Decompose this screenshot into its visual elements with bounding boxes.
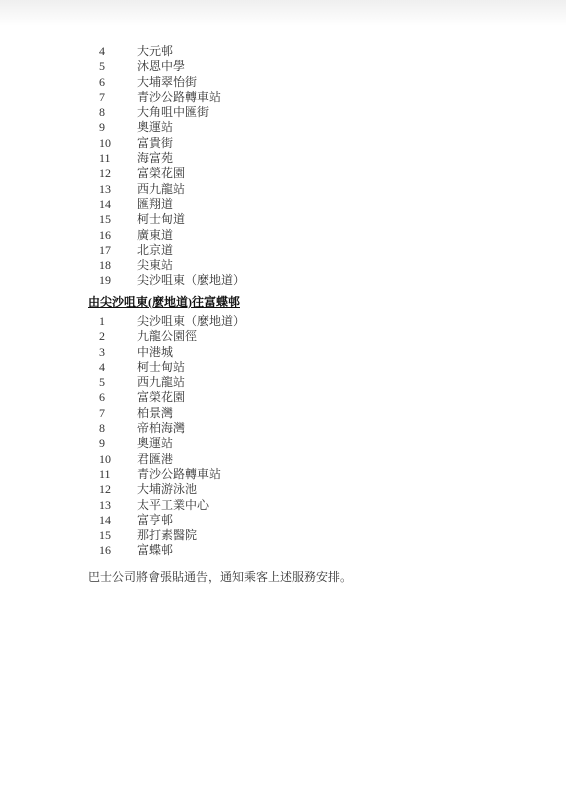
stop-number: 7 xyxy=(99,406,137,421)
stop-list-item: 16廣東道 xyxy=(0,228,566,243)
stop-number: 14 xyxy=(99,197,137,212)
stop-number: 8 xyxy=(99,421,137,436)
stop-name: 廣東道 xyxy=(137,228,173,242)
stop-name: 青沙公路轉車站 xyxy=(137,467,221,481)
stop-name: 那打素醫院 xyxy=(137,528,197,542)
stop-number: 3 xyxy=(99,345,137,360)
stop-number: 6 xyxy=(99,390,137,405)
stop-list-item: 17北京道 xyxy=(0,243,566,258)
stop-list-item: 4大元邨 xyxy=(0,44,566,59)
stop-list-item: 8帝柏海灣 xyxy=(0,421,566,436)
stop-list-item: 5沐恩中學 xyxy=(0,59,566,74)
stop-list-item: 14富亨邨 xyxy=(0,513,566,528)
stop-number: 13 xyxy=(99,498,137,513)
stop-list-item: 7柏景灣 xyxy=(0,406,566,421)
stop-number: 16 xyxy=(99,543,137,558)
stop-name: 九龍公園徑 xyxy=(137,329,197,343)
stop-number: 4 xyxy=(99,360,137,375)
document-page: 4大元邨5沐恩中學6大埔翠怡街7青沙公路轉車站8大角咀中匯街9奧運站10富貴街1… xyxy=(0,0,566,800)
stop-number: 11 xyxy=(99,467,137,482)
stop-list-item: 11青沙公路轉車站 xyxy=(0,467,566,482)
stop-number: 13 xyxy=(99,182,137,197)
stop-list-item: 5西九龍站 xyxy=(0,375,566,390)
stop-name: 海富苑 xyxy=(137,151,173,165)
stop-number: 6 xyxy=(99,75,137,90)
stop-list-item: 6富榮花園 xyxy=(0,390,566,405)
stop-list-item: 15柯士甸道 xyxy=(0,212,566,227)
stop-list-item: 18尖東站 xyxy=(0,258,566,273)
stop-name: 尖沙咀東（麼地道） xyxy=(137,273,245,287)
stop-list-item: 2九龍公園徑 xyxy=(0,329,566,344)
stop-list-item: 1尖沙咀東（麼地道） xyxy=(0,314,566,329)
stop-number: 4 xyxy=(99,44,137,59)
stop-list-item: 10富貴街 xyxy=(0,136,566,151)
stop-number: 19 xyxy=(99,273,137,288)
stop-name: 大角咀中匯街 xyxy=(137,105,209,119)
stop-list-item: 16富蝶邨 xyxy=(0,543,566,558)
stop-name: 富榮花園 xyxy=(137,166,185,180)
stop-list-item: 13西九龍站 xyxy=(0,182,566,197)
stop-name: 奧運站 xyxy=(137,120,173,134)
stop-number: 10 xyxy=(99,452,137,467)
stop-number: 5 xyxy=(99,375,137,390)
stop-number: 15 xyxy=(99,212,137,227)
stop-list-item: 6大埔翠怡街 xyxy=(0,75,566,90)
stop-name: 富亨邨 xyxy=(137,513,173,527)
stop-list-item: 13太平工業中心 xyxy=(0,498,566,513)
stop-name: 大埔翠怡街 xyxy=(137,75,197,89)
stop-number: 16 xyxy=(99,228,137,243)
stop-number: 14 xyxy=(99,513,137,528)
stop-number: 9 xyxy=(99,120,137,135)
stop-name: 太平工業中心 xyxy=(137,498,209,512)
stop-name: 大埔游泳池 xyxy=(137,482,197,496)
stop-list-item: 14匯翔道 xyxy=(0,197,566,212)
page-top-shade xyxy=(0,0,566,26)
stop-number: 17 xyxy=(99,243,137,258)
stop-number: 8 xyxy=(99,105,137,120)
stop-number: 7 xyxy=(99,90,137,105)
stop-name: 富蝶邨 xyxy=(137,543,173,557)
stop-number: 10 xyxy=(99,136,137,151)
stop-name: 奧運站 xyxy=(137,436,173,450)
stop-name: 帝柏海灣 xyxy=(137,421,185,435)
stop-number: 12 xyxy=(99,482,137,497)
stop-list-item: 7青沙公路轉車站 xyxy=(0,90,566,105)
stop-number: 2 xyxy=(99,329,137,344)
stop-list-item: 12大埔游泳池 xyxy=(0,482,566,497)
stop-list-item: 12富榮花園 xyxy=(0,166,566,181)
stop-list-second-direction: 1尖沙咀東（麼地道）2九龍公園徑3中港城4柯士甸站5西九龍站6富榮花園7柏景灣8… xyxy=(0,314,566,559)
stop-name: 北京道 xyxy=(137,243,173,257)
stop-name: 中港城 xyxy=(137,345,173,359)
stop-number: 5 xyxy=(99,59,137,74)
stop-name: 柯士甸站 xyxy=(137,360,185,374)
stop-name: 富貴街 xyxy=(137,136,173,150)
stop-name: 西九龍站 xyxy=(137,182,185,196)
stop-list-item: 3中港城 xyxy=(0,345,566,360)
stop-list-item: 11海富苑 xyxy=(0,151,566,166)
stop-list-first-direction: 4大元邨5沐恩中學6大埔翠怡街7青沙公路轉車站8大角咀中匯街9奧運站10富貴街1… xyxy=(0,44,566,289)
stop-number: 11 xyxy=(99,151,137,166)
stop-list-item: 8大角咀中匯街 xyxy=(0,105,566,120)
stop-name: 大元邨 xyxy=(137,44,173,58)
stop-list-item: 10君匯港 xyxy=(0,452,566,467)
stop-name: 富榮花園 xyxy=(137,390,185,404)
stop-list-item: 15那打素醫院 xyxy=(0,528,566,543)
stop-name: 沐恩中學 xyxy=(137,59,185,73)
footer-note: 巴士公司將會張貼通告，通知乘客上述服務安排。 xyxy=(88,570,352,585)
stop-name: 君匯港 xyxy=(137,452,173,466)
stop-name: 尖東站 xyxy=(137,258,173,272)
route-direction-heading: 由尖沙咀東(麼地道)往富蝶邨 xyxy=(88,295,240,310)
stop-number: 18 xyxy=(99,258,137,273)
stop-number: 12 xyxy=(99,166,137,181)
stop-list-item: 9奧運站 xyxy=(0,120,566,135)
stop-number: 15 xyxy=(99,528,137,543)
stop-name: 尖沙咀東（麼地道） xyxy=(137,314,245,328)
stop-list-item: 9奧運站 xyxy=(0,436,566,451)
stop-name: 青沙公路轉車站 xyxy=(137,90,221,104)
stop-number: 1 xyxy=(99,314,137,329)
stop-name: 西九龍站 xyxy=(137,375,185,389)
stop-number: 9 xyxy=(99,436,137,451)
stop-name: 柏景灣 xyxy=(137,406,173,420)
stop-name: 匯翔道 xyxy=(137,197,173,211)
stop-list-item: 19尖沙咀東（麼地道） xyxy=(0,273,566,288)
stop-name: 柯士甸道 xyxy=(137,212,185,226)
stop-list-item: 4柯士甸站 xyxy=(0,360,566,375)
